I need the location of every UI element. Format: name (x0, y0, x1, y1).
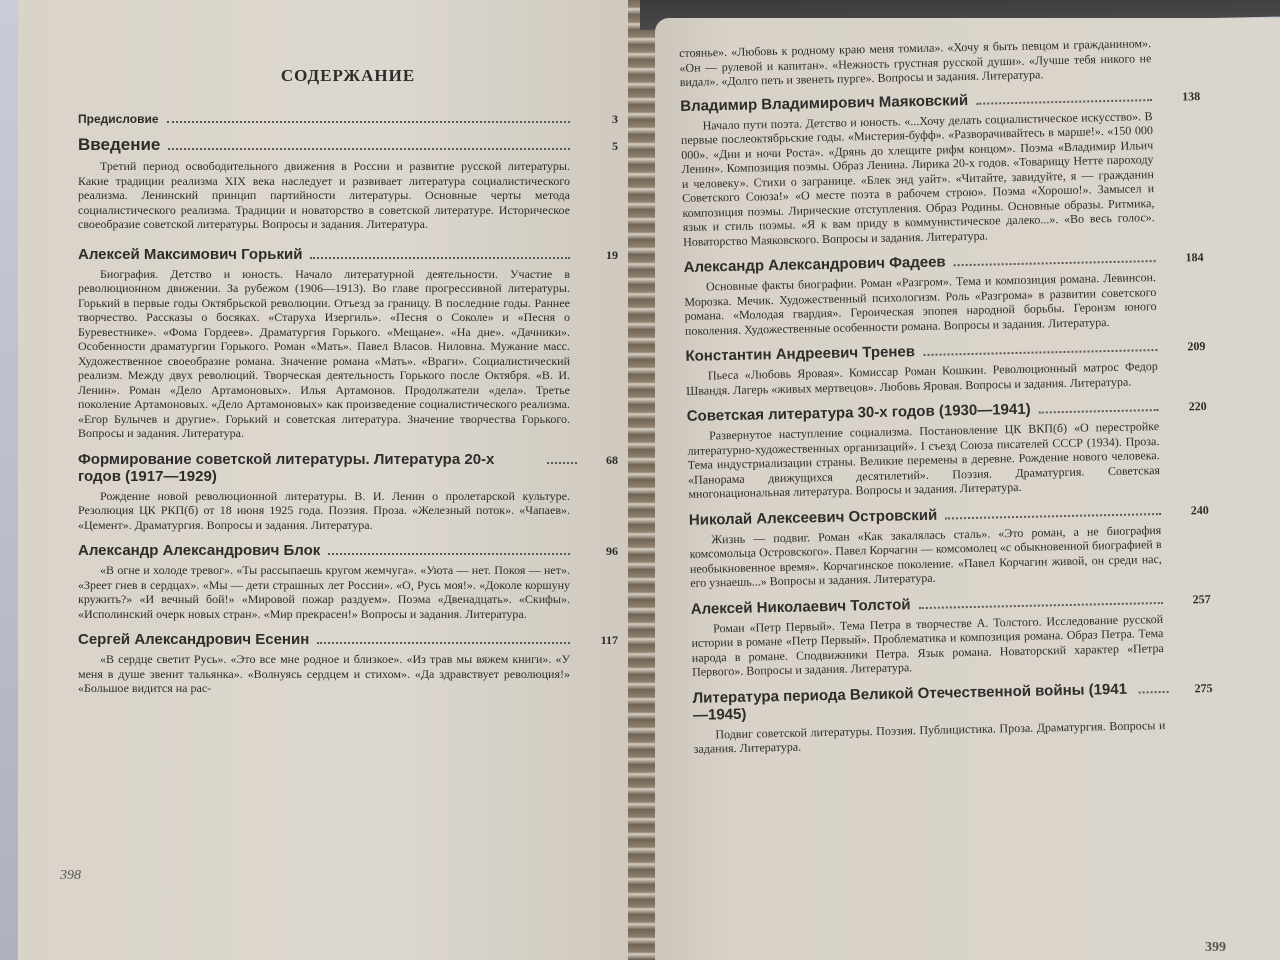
toc-entry[interactable]: Александр Александрович Блок 96 «В огне … (78, 542, 618, 621)
entry-description: Жизнь — подвиг. Роман «Как закалялась ст… (689, 523, 1162, 591)
dot-leader (547, 462, 577, 464)
entry-heading: Александр Александрович Фадеев (683, 253, 945, 275)
page-number: 257 (1171, 591, 1211, 607)
dot-leader (919, 601, 1163, 608)
entry-description: Подвиг советской литературы. Поэзия. Пуб… (693, 717, 1166, 756)
page-number: 117 (578, 633, 618, 648)
entry-heading: Советская литература 30-х годов (1930—19… (687, 401, 1031, 425)
page-number: 138 (1160, 89, 1200, 105)
toc-entry[interactable]: Александр Александрович Фадеев 184 Основ… (683, 248, 1205, 338)
entry-heading: Сергей Александрович Есенин (78, 631, 309, 648)
dot-leader (954, 260, 1156, 266)
toc-entry[interactable]: Алексей Николаевич Толстой 257 Роман «Пе… (691, 589, 1213, 679)
toc-entry[interactable]: Алексей Максимович Горький 19 Биография.… (78, 246, 618, 441)
toc-entry[interactable]: Предисловие 3 (78, 112, 618, 127)
toc-entry[interactable]: Советская литература 30-х годов (1930—19… (687, 397, 1209, 501)
page-number: 240 (1169, 503, 1209, 519)
page-number: 184 (1163, 250, 1203, 266)
page-folio: 398 (60, 868, 81, 884)
toc-entry[interactable]: Константин Андреевич Тренев 209 Пьеса «Л… (685, 337, 1206, 398)
continued-description: стоянье». «Любовь к родному краю меня то… (679, 36, 1152, 89)
page-number: 96 (578, 544, 618, 559)
dot-leader (167, 121, 570, 123)
page-number: 68 (585, 453, 618, 468)
toc-right-column: стоянье». «Любовь к родному краю меня то… (679, 35, 1214, 766)
entry-heading: Литература периода Великой Отечественной… (692, 680, 1131, 723)
toc-entry[interactable]: Введение 5 Третий период освободительног… (78, 135, 618, 232)
entry-description: «В сердце светит Русь». «Это все мне род… (78, 652, 570, 696)
toc-entry[interactable]: Формирование советской литературы. Литер… (78, 451, 618, 533)
page-number: 209 (1165, 339, 1205, 355)
entry-description: Роман «Петр Первый». Тема Петра в творче… (691, 611, 1164, 679)
page-number: 220 (1167, 399, 1207, 415)
left-page: СОДЕРЖАНИЕ Предисловие 3 Введение 5 Трет… (18, 0, 628, 960)
entry-description: Пьеса «Любовь Яровая». Комиссар Роман Ко… (686, 359, 1159, 398)
dot-leader (317, 642, 570, 644)
entry-heading: Формирование советской литературы. Литер… (78, 451, 539, 485)
entry-heading: Алексей Максимович Горький (78, 246, 302, 263)
entry-heading: Владимир Владимирович Маяковский (680, 91, 968, 114)
entry-description: Начало пути поэта. Детство и юность. «..… (681, 109, 1156, 249)
dot-leader (1039, 409, 1159, 414)
entry-description: Рождение новой революционной литературы.… (78, 489, 570, 533)
entry-description: Развернутое наступление социализма. Пост… (687, 419, 1160, 501)
page-number: 3 (578, 112, 618, 127)
entry-heading: Предисловие (78, 112, 159, 126)
toc-entry[interactable]: Николай Алексеевич Островский 240 Жизнь … (689, 501, 1211, 591)
book-spine (628, 0, 656, 960)
dot-leader (1139, 690, 1169, 693)
entry-description: «В огне и холоде тревог». «Ты рассыпаешь… (78, 563, 570, 621)
dot-leader (168, 148, 570, 150)
toc-title: СОДЕРЖАНИЕ (78, 66, 618, 86)
toc-entry[interactable]: Сергей Александрович Есенин 117 «В сердц… (78, 631, 618, 696)
entry-heading: Алексей Николаевич Толстой (691, 596, 911, 618)
entry-description: Основные факты биографии. Роман «Разгром… (684, 270, 1157, 338)
dot-leader (310, 257, 570, 259)
dot-leader (328, 553, 570, 555)
dot-leader (945, 513, 1161, 520)
entry-description: Биография. Детство и юность. Начало лите… (78, 267, 570, 441)
right-page: стоянье». «Любовь к родному краю меня то… (655, 18, 1280, 960)
entry-heading: Николай Алексеевич Островский (689, 506, 938, 528)
toc-left-column: СОДЕРЖАНИЕ Предисловие 3 Введение 5 Трет… (78, 60, 618, 706)
page-number: 275 (1176, 680, 1212, 696)
dot-leader (923, 349, 1157, 356)
entry-description: Третий период освободительного движения … (78, 159, 570, 232)
page-folio: 399 (1205, 940, 1226, 956)
entry-heading: Введение (78, 135, 160, 155)
dot-leader (976, 99, 1152, 105)
entry-heading: Александр Александрович Блок (78, 542, 320, 559)
page-number: 19 (578, 248, 618, 263)
toc-entry[interactable]: Литература периода Великой Отечественной… (692, 678, 1213, 756)
toc-entry[interactable]: Владимир Владимирович Маяковский 138 Нач… (680, 87, 1203, 249)
page-number: 5 (578, 139, 618, 154)
entry-heading: Константин Андреевич Тренев (685, 343, 915, 365)
